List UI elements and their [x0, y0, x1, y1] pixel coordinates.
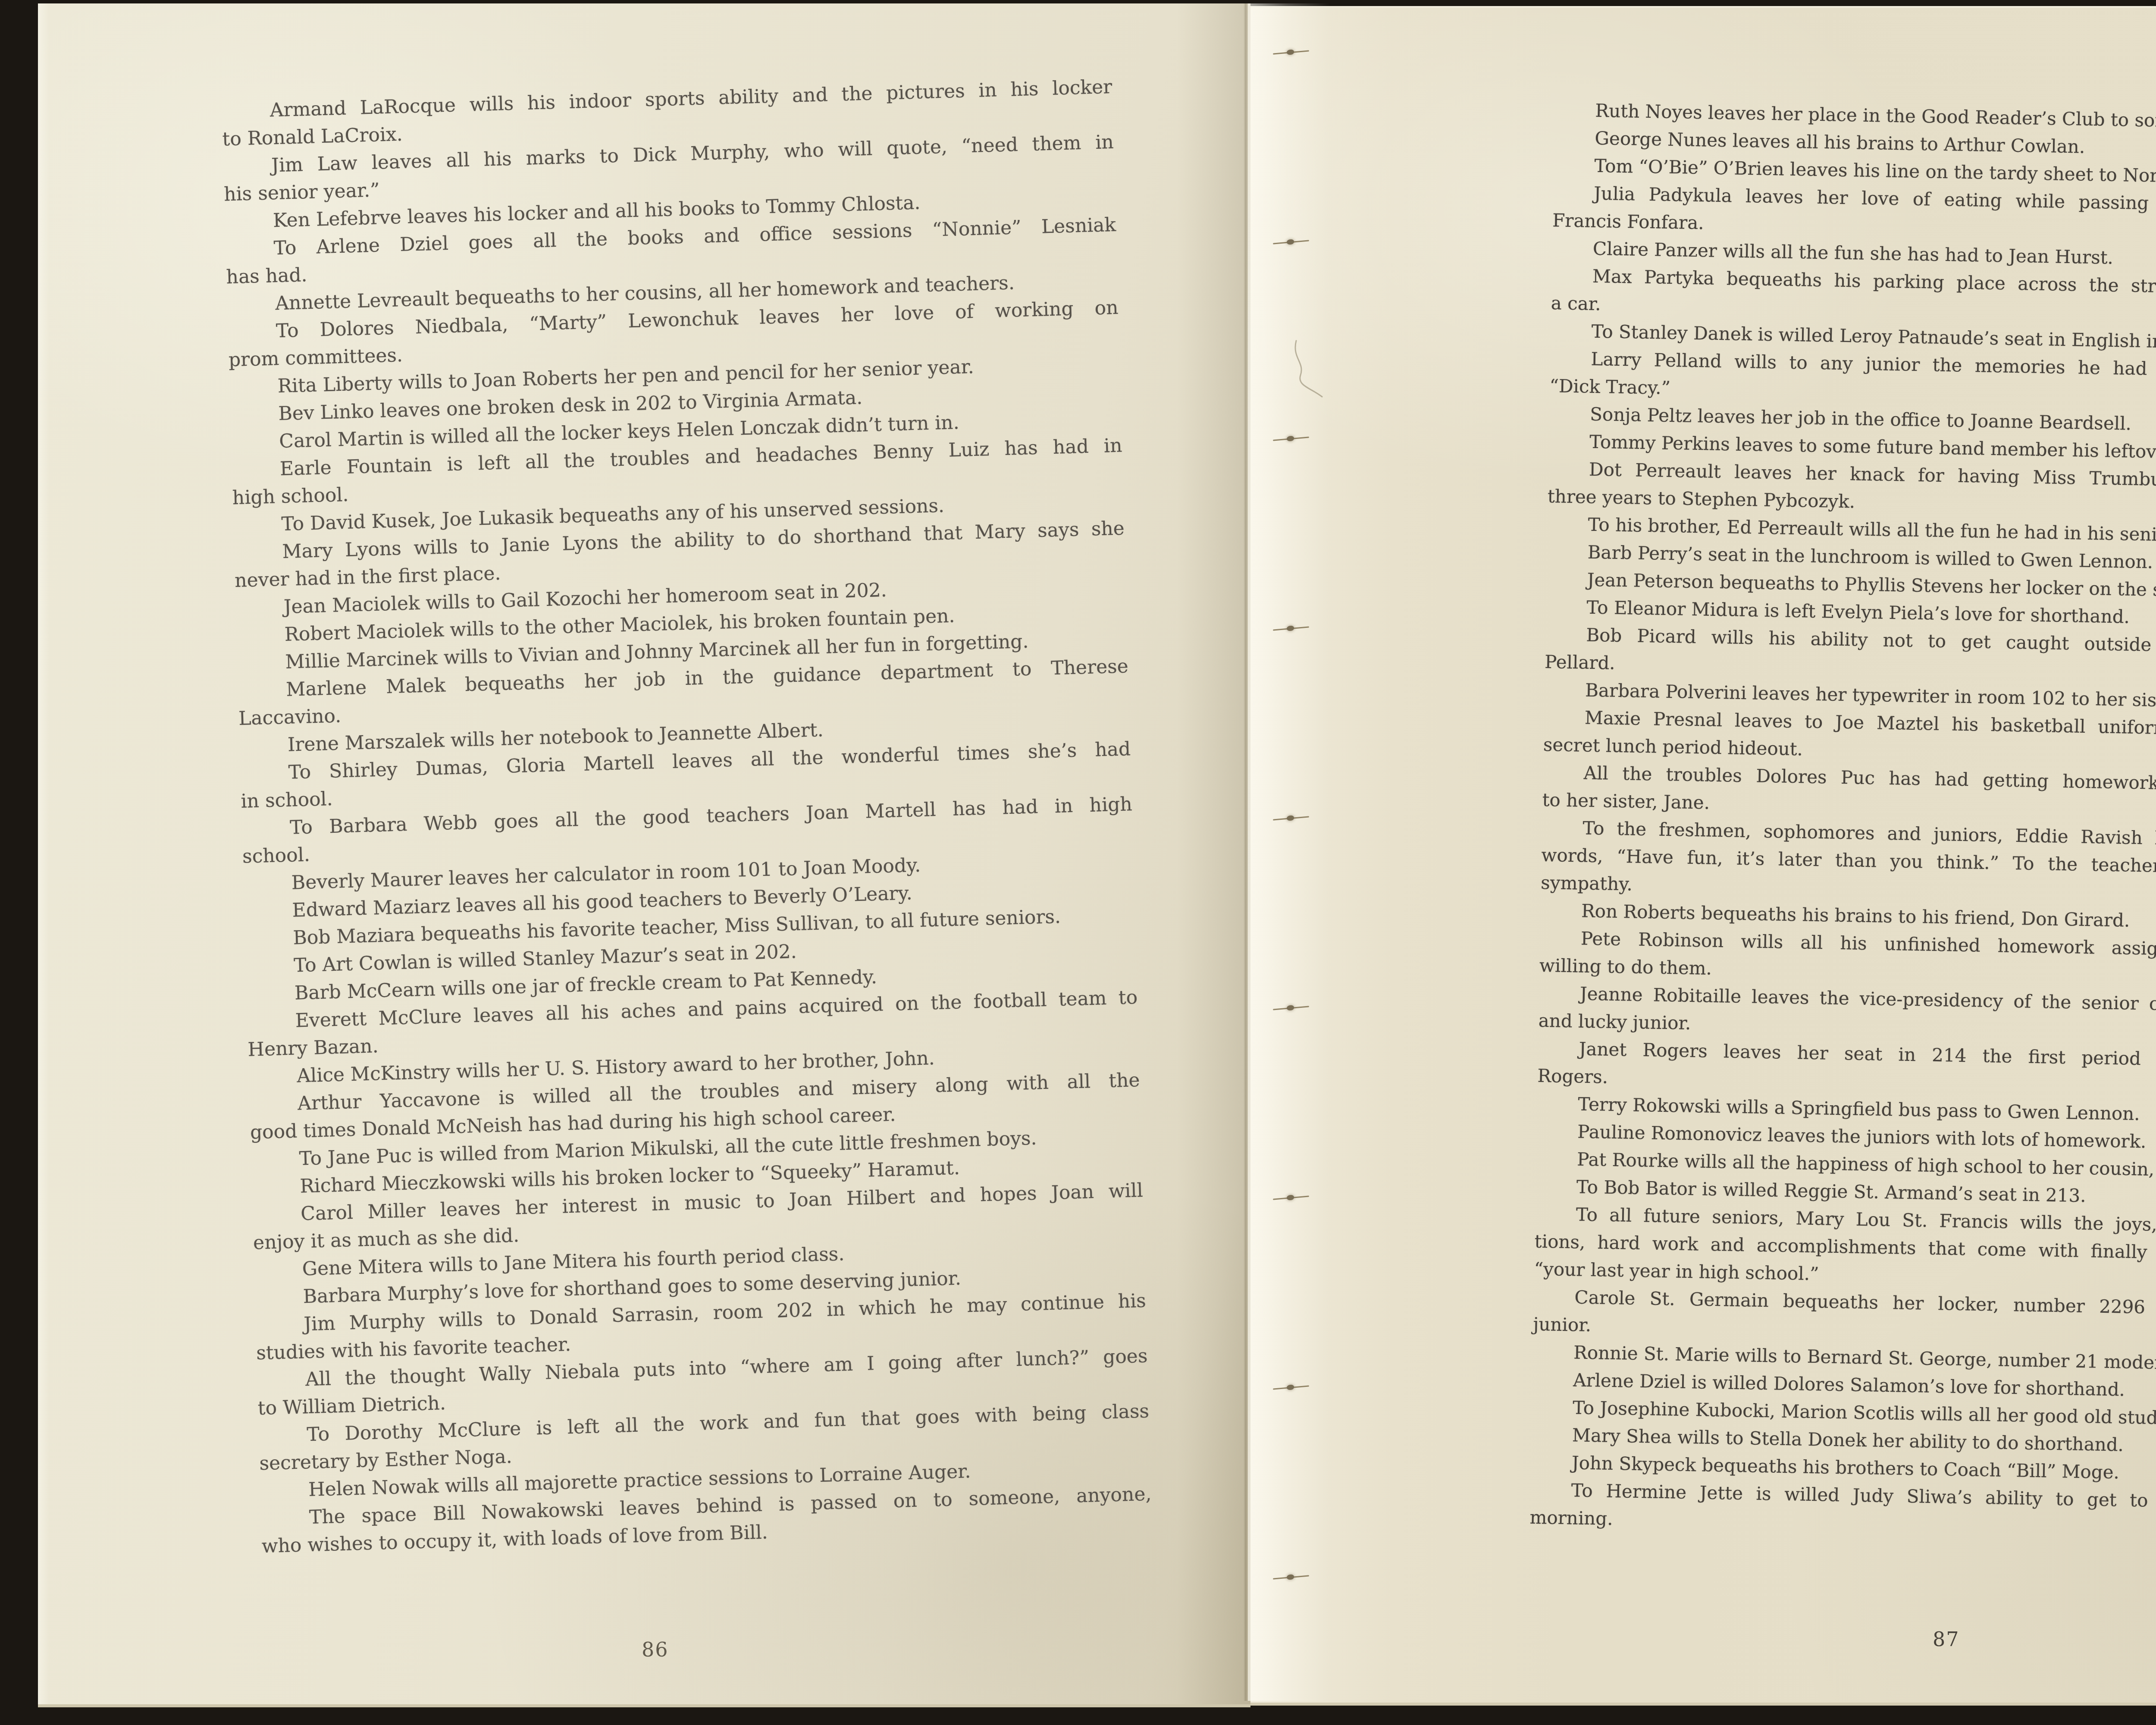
- binding-stitch-icon: [1271, 1194, 1311, 1201]
- paragraph: To Hermine Jette is willed Judy Sliwa’s …: [1529, 1476, 2156, 1546]
- book-scan: Armand LaRocque wills his indoor sports …: [0, 0, 2156, 1725]
- gutter-crease: [1244, 3, 1248, 1701]
- paragraph: To the freshmen, sophomores and juniors,…: [1541, 814, 2156, 911]
- binding-stitch-icon: [1271, 1573, 1311, 1581]
- binding-stitch-icon: [1271, 238, 1311, 246]
- page-86-text: Armand LaRocque wills his indoor sports …: [221, 73, 1153, 1560]
- paragraph: To all future seniors, Mary Lou St. Fran…: [1534, 1200, 2156, 1298]
- page-87-text: Ruth Noyes leaves her place in the Good …: [1529, 96, 2156, 1546]
- page-number-left: 86: [642, 1638, 669, 1661]
- page-87: Ruth Noyes leaves her place in the Good …: [1250, 6, 2156, 1706]
- loose-thread-icon: [1288, 336, 1339, 405]
- binding-stitches: [1271, 0, 1313, 1725]
- binding-stitch-icon: [1271, 814, 1311, 822]
- binding-stitch-icon: [1271, 1004, 1311, 1012]
- binding-stitch-icon: [1271, 624, 1311, 632]
- page-number-right: 87: [1933, 1628, 1960, 1651]
- binding-stitch-icon: [1271, 435, 1311, 442]
- binding-stitch-icon: [1271, 1383, 1311, 1391]
- page-86: Armand LaRocque wills his indoor sports …: [38, 3, 1250, 1707]
- binding-stitch-icon: [1271, 48, 1311, 56]
